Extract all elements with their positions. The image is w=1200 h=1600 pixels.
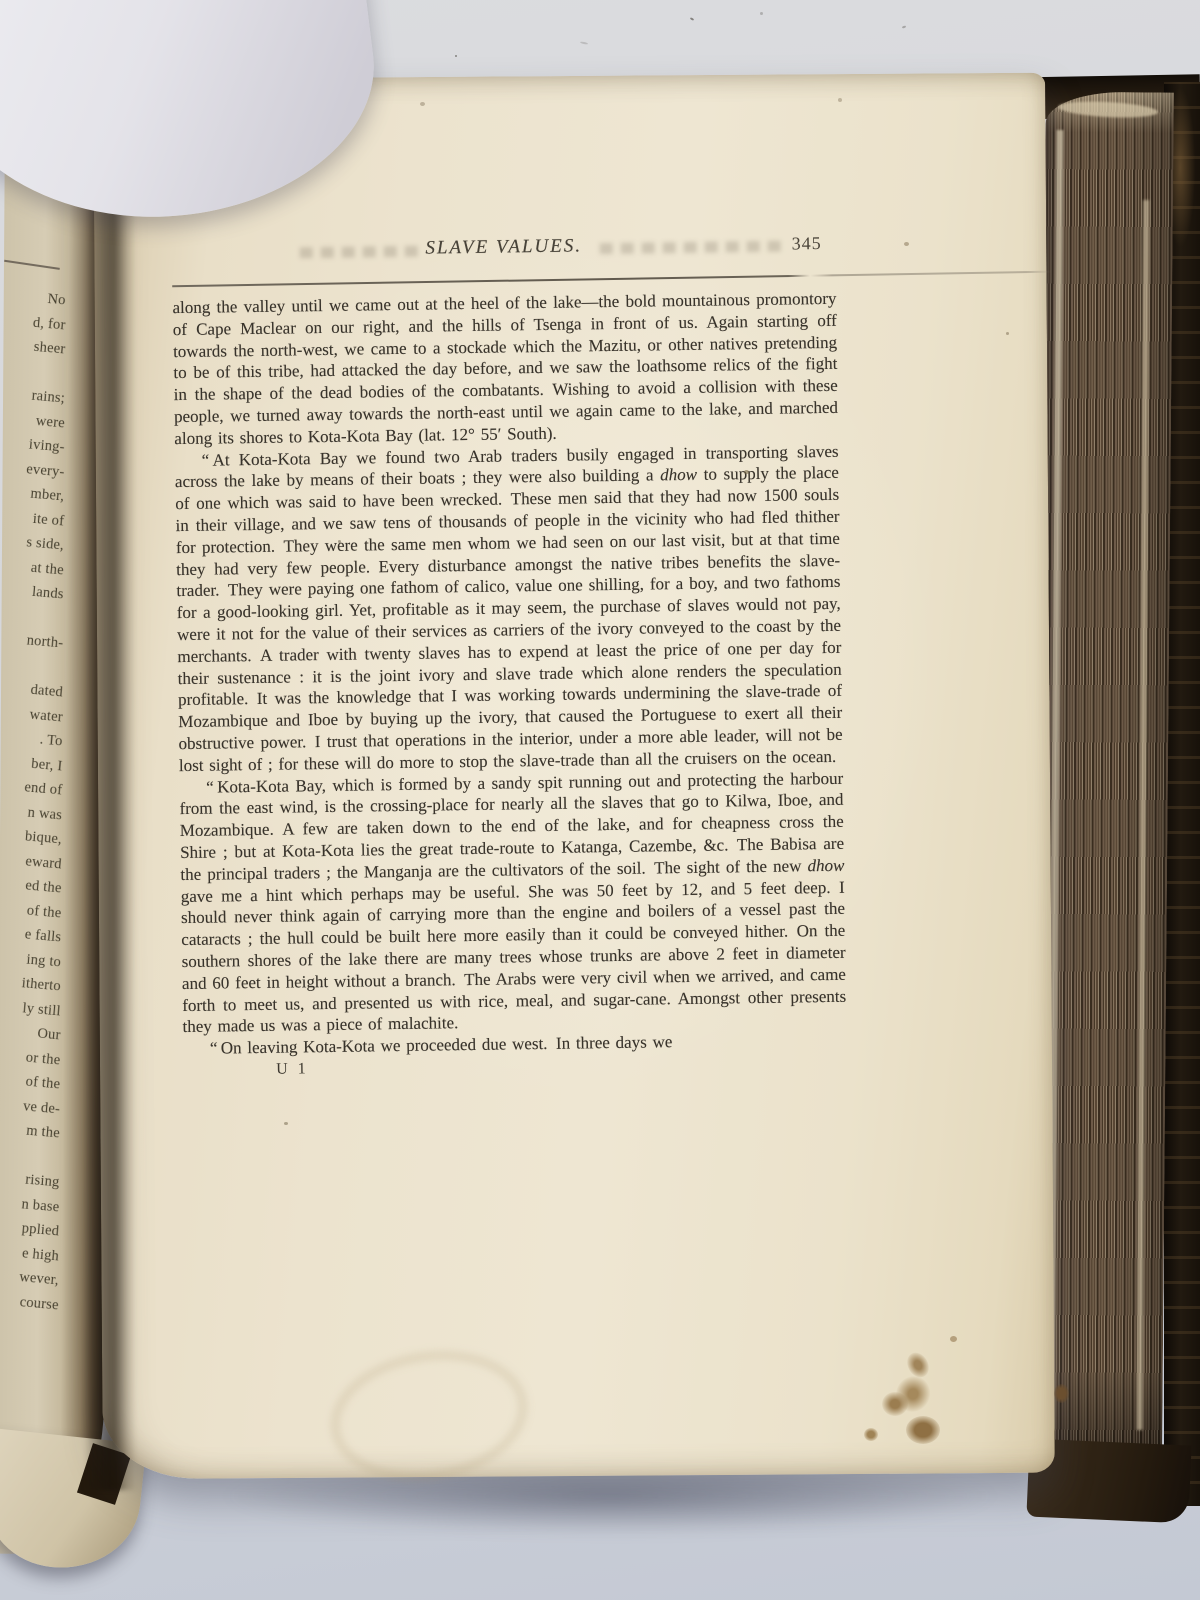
- foxing-spot: [508, 982, 511, 985]
- gutter-shadow: [84, 140, 136, 1490]
- italic-run: dhow: [660, 465, 697, 485]
- dust-speck: [760, 12, 763, 15]
- paragraph: “ Kota-Kota Bay, which is formed by a sa…: [179, 767, 847, 1038]
- dust-speck: [455, 55, 457, 57]
- ink-show-through: [300, 246, 422, 259]
- text-run: to supply the place of one which was sai…: [175, 463, 843, 775]
- stain: [882, 1392, 908, 1416]
- italic-run: dhow: [807, 856, 844, 876]
- stain: [950, 1336, 957, 1342]
- stain: [864, 1428, 878, 1441]
- foxing-spot: [1006, 332, 1009, 335]
- dust-speck: [690, 17, 694, 21]
- left-page-header-rule: [4, 260, 60, 270]
- printed-text-area: SLAVE VALUES. 345 along the valley until…: [172, 232, 848, 1080]
- paragraph: “ At Kota-Kota Bay we found two Arab tra…: [175, 440, 844, 776]
- stain: [1054, 1384, 1069, 1403]
- foxing-spot: [338, 540, 341, 543]
- text-run: along the valley until we came out at th…: [172, 289, 838, 448]
- book-photo: Nod, forsheerrains;wereiving-every-mber,…: [0, 0, 1200, 1600]
- text-run: gave me a hint which perhaps may be usef…: [181, 877, 847, 1036]
- dust-speck: [902, 25, 906, 28]
- left-page-fragments: Nod, forsheerrains;wereiving-every-mber,…: [0, 286, 66, 1315]
- foxing-spot: [284, 1122, 288, 1125]
- text-run: “ Kota-Kota Bay, which is formed by a sa…: [179, 768, 844, 883]
- stain: [906, 1416, 940, 1444]
- dust-speck: [580, 41, 588, 45]
- foxing-spot: [838, 98, 842, 102]
- foxing-spot: [904, 242, 909, 246]
- foxing-spot: [744, 470, 749, 474]
- text-run: “ On leaving Kota-Kota we proceeded due …: [210, 1032, 673, 1057]
- foxing-spot: [420, 102, 425, 106]
- left-page-text-fragment: course: [0, 1288, 60, 1318]
- page-number: 345: [792, 233, 822, 254]
- page-paragraphs: along the valley until we came out at th…: [172, 288, 847, 1060]
- paragraph: along the valley until we came out at th…: [172, 288, 838, 450]
